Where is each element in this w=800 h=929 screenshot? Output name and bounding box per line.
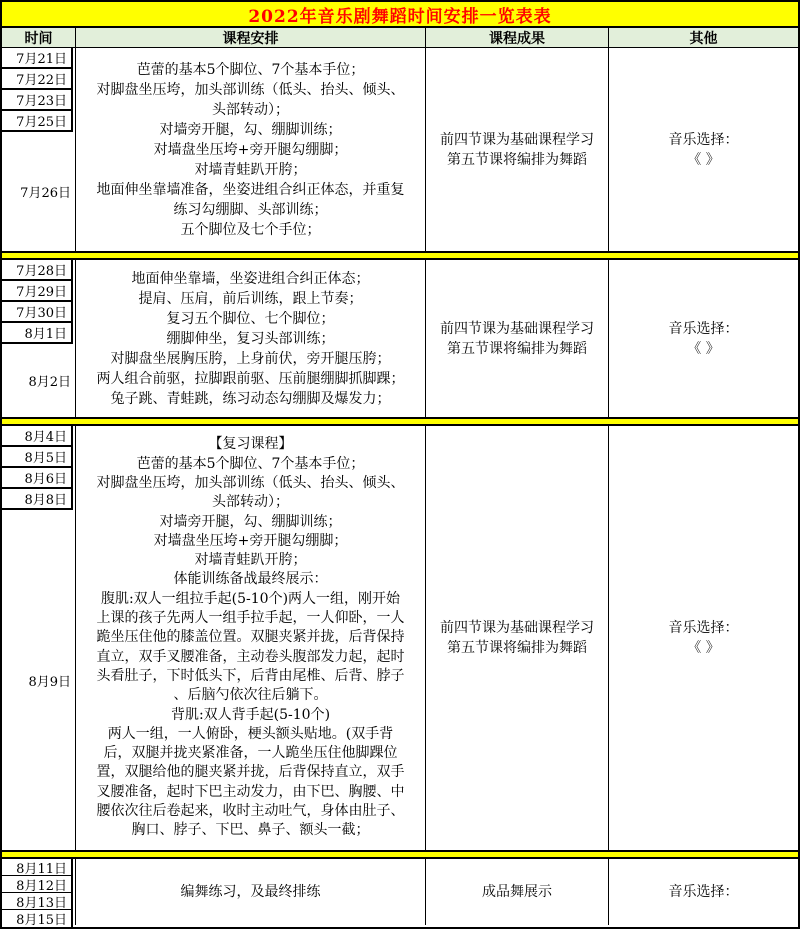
other-cell: 音乐选择： 《 》: [609, 48, 798, 251]
course-text: 芭蕾的基本5个脚位、7个基本手位； 对脚盘坐压垮，加头部训练（低头、抬头、倾头、…: [76, 60, 425, 240]
result-cell: 前四节课为基础课程学习 第五节课将编排为舞蹈: [426, 48, 609, 251]
course-cell: 【复习课程】 芭蕾的基本5个脚位、7个基本手位； 对脚盘坐压垮，加头部训练（低头…: [76, 426, 426, 850]
header-time: 时间: [2, 28, 76, 47]
course-cell: 编舞练习，及最终排练: [76, 859, 426, 925]
result-text: 前四节课为基础课程学习 第五节课将编排为舞蹈: [426, 319, 608, 359]
section-divider: [2, 417, 798, 426]
course-text: 【复习课程】 芭蕾的基本5个脚位、7个基本手位； 对脚盘坐压垮，加头部训练（低头…: [76, 435, 425, 840]
other-text: 音乐选择：: [609, 882, 798, 902]
result-text: 前四节课为基础课程学习 第五节课将编排为舞蹈: [426, 618, 608, 658]
date-cell: 8月4日: [2, 426, 73, 447]
section-week4: 8月11日 8月12日 8月13日 8月15日 编舞练习，及最终排练 成品舞展示…: [2, 859, 798, 925]
date-cell: 8月12日: [2, 876, 73, 893]
schedule-table: 2022年音乐剧舞蹈时间安排一览表表 时间 课程安排 课程成果 其他 7月21日…: [0, 0, 800, 929]
merged-date-cell: 7月26日: [2, 132, 75, 251]
date-cell: 7月29日: [2, 281, 73, 302]
other-text: 音乐选择： 《 》: [609, 319, 798, 359]
date-cell: 8月15日: [2, 910, 73, 927]
course-text: 地面伸坐靠墙，坐姿进组合纠正体态； 提肩、压肩，前后训练，跟上节奏； 复习五个脚…: [76, 269, 425, 409]
date-cell: 7月28日: [2, 260, 73, 281]
section-week2: 7月28日 7月29日 7月30日 8月1日 8月2日 地面伸坐靠墙，坐姿进组合…: [2, 260, 798, 417]
other-cell: 音乐选择： 《 》: [609, 426, 798, 850]
other-text: 音乐选择： 《 》: [609, 130, 798, 170]
date-cell: 7月21日: [2, 48, 73, 69]
time-column: 7月21日 7月22日 7月23日 7月25日 7月26日: [2, 48, 76, 251]
header-course: 课程安排: [76, 28, 426, 47]
result-cell: 前四节课为基础课程学习 第五节课将编排为舞蹈: [426, 260, 609, 417]
date-cell: 8月5日: [2, 447, 73, 468]
section-week1: 7月21日 7月22日 7月23日 7月25日 7月26日 芭蕾的基本5个脚位、…: [2, 48, 798, 251]
section-divider: [2, 251, 798, 260]
time-column: 8月11日 8月12日 8月13日 8月15日: [2, 859, 76, 925]
section-week3: 8月4日 8月5日 8月6日 8月8日 8月9日 【复习课程】 芭蕾的基本5个脚…: [2, 426, 798, 850]
time-column: 7月28日 7月29日 7月30日 8月1日 8月2日: [2, 260, 76, 417]
date-cell: 8月11日: [2, 859, 73, 876]
result-cell: 前四节课为基础课程学习 第五节课将编排为舞蹈: [426, 426, 609, 850]
header-result: 课程成果: [426, 28, 609, 47]
course-text: 编舞练习，及最终排练: [76, 882, 425, 902]
result-cell: 成品舞展示: [426, 859, 609, 925]
result-text: 前四节课为基础课程学习 第五节课将编排为舞蹈: [426, 130, 608, 170]
time-column: 8月4日 8月5日 8月6日 8月8日 8月9日: [2, 426, 76, 850]
date-cell: 8月1日: [2, 323, 73, 344]
course-cell: 芭蕾的基本5个脚位、7个基本手位； 对脚盘坐压垮，加头部训练（低头、抬头、倾头、…: [76, 48, 426, 251]
merged-date-cell: 8月9日: [2, 510, 75, 850]
section-divider: [2, 850, 798, 859]
merged-date-cell: 8月2日: [2, 344, 75, 417]
date-cell: 7月23日: [2, 90, 73, 111]
table-header: 时间 课程安排 课程成果 其他: [2, 28, 798, 48]
date-cell: 7月25日: [2, 111, 73, 132]
date-cell: 8月8日: [2, 489, 73, 510]
other-cell: 音乐选择： 《 》: [609, 260, 798, 417]
date-cell: 7月30日: [2, 302, 73, 323]
page-title: 2022年音乐剧舞蹈时间安排一览表表: [2, 2, 798, 28]
course-cell: 地面伸坐靠墙，坐姿进组合纠正体态； 提肩、压肩，前后训练，跟上节奏； 复习五个脚…: [76, 260, 426, 417]
other-text: 音乐选择： 《 》: [609, 618, 798, 658]
date-cell: 7月22日: [2, 69, 73, 90]
header-other: 其他: [609, 28, 798, 47]
result-text: 成品舞展示: [426, 882, 608, 902]
date-cell: 8月13日: [2, 893, 73, 910]
date-cell: 8月6日: [2, 468, 73, 489]
other-cell: 音乐选择：: [609, 859, 798, 925]
